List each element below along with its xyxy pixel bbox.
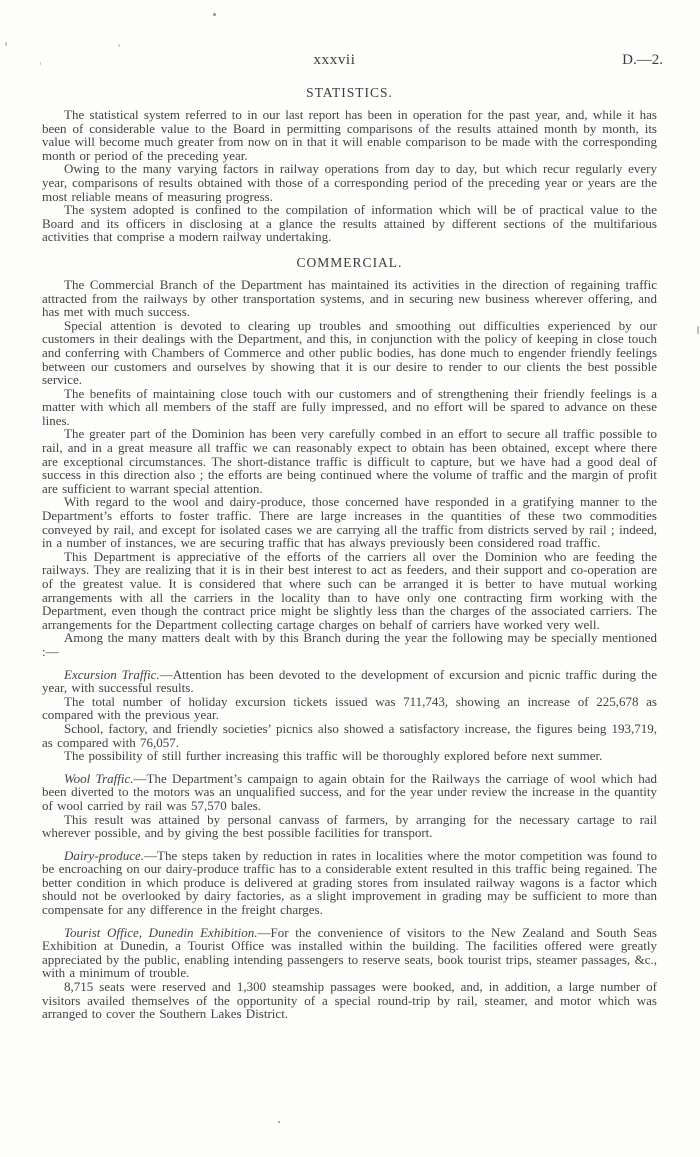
statistics-heading: STATISTICS. (42, 85, 657, 101)
doc-reference: D.—2. (622, 52, 663, 69)
commercial-paragraph-6: This Department is appreciative of the e… (42, 550, 657, 632)
excursion-paragraph-2: School, factory, and friendly societies’… (42, 722, 657, 749)
topic-tourist-office: Tourist Office, Dunedin Exhibition.—For … (42, 926, 657, 980)
scan-speck (697, 326, 699, 334)
scan-speck (40, 62, 41, 65)
topic-wool-traffic: Wool Traffic.—The Department’s campaign … (42, 772, 657, 813)
excursion-paragraph-3: The possibility of still further increas… (42, 749, 657, 763)
commercial-paragraph-1: The Commercial Branch of the Department … (42, 278, 657, 319)
topic-wool-traffic-intro: —The Department’s campaign to again obta… (42, 771, 657, 813)
excursion-paragraph-1: The total number of holiday excursion ti… (42, 695, 657, 722)
statistics-paragraph-3: The system adopted is confined to the co… (42, 203, 657, 244)
commercial-paragraph-3: The benefits of maintaining close touch … (42, 387, 657, 428)
scan-speck (278, 1121, 280, 1123)
statistics-paragraph-2: Owing to the many varying factors in rai… (42, 162, 657, 203)
commercial-heading: COMMERCIAL. (42, 255, 657, 271)
tourist-paragraph-1: 8,715 seats were reserved and 1,300 stea… (42, 980, 657, 1021)
scan-speck (5, 42, 7, 46)
commercial-paragraph-5: With regard to the wool and dairy-produc… (42, 495, 657, 549)
page-number: xxxvii (42, 52, 627, 69)
scan-speck (213, 13, 216, 16)
section-statistics: STATISTICS. The statistical system refer… (42, 85, 657, 244)
page-header: xxxvii D.—2. (42, 52, 657, 72)
topic-excursion-traffic: Excursion Traffic.—Attention has been de… (42, 668, 657, 695)
scanned-report-page: xxxvii D.—2. STATISTICS. The statistical… (0, 0, 700, 1157)
section-commercial: COMMERCIAL. The Commercial Branch of the… (42, 255, 657, 1021)
commercial-paragraph-2: Special attention is devoted to clearing… (42, 319, 657, 387)
commercial-paragraph-4: The greater part of the Dominion has bee… (42, 427, 657, 495)
wool-paragraph-1: This result was attained by personal can… (42, 813, 657, 840)
topic-dairy-produce: Dairy-produce.—The steps taken by reduct… (42, 849, 657, 917)
commercial-paragraph-7: Among the many matters dealt with by thi… (42, 631, 657, 658)
scan-speck (118, 44, 120, 47)
statistics-paragraph-1: The statistical system referred to in ou… (42, 108, 657, 162)
